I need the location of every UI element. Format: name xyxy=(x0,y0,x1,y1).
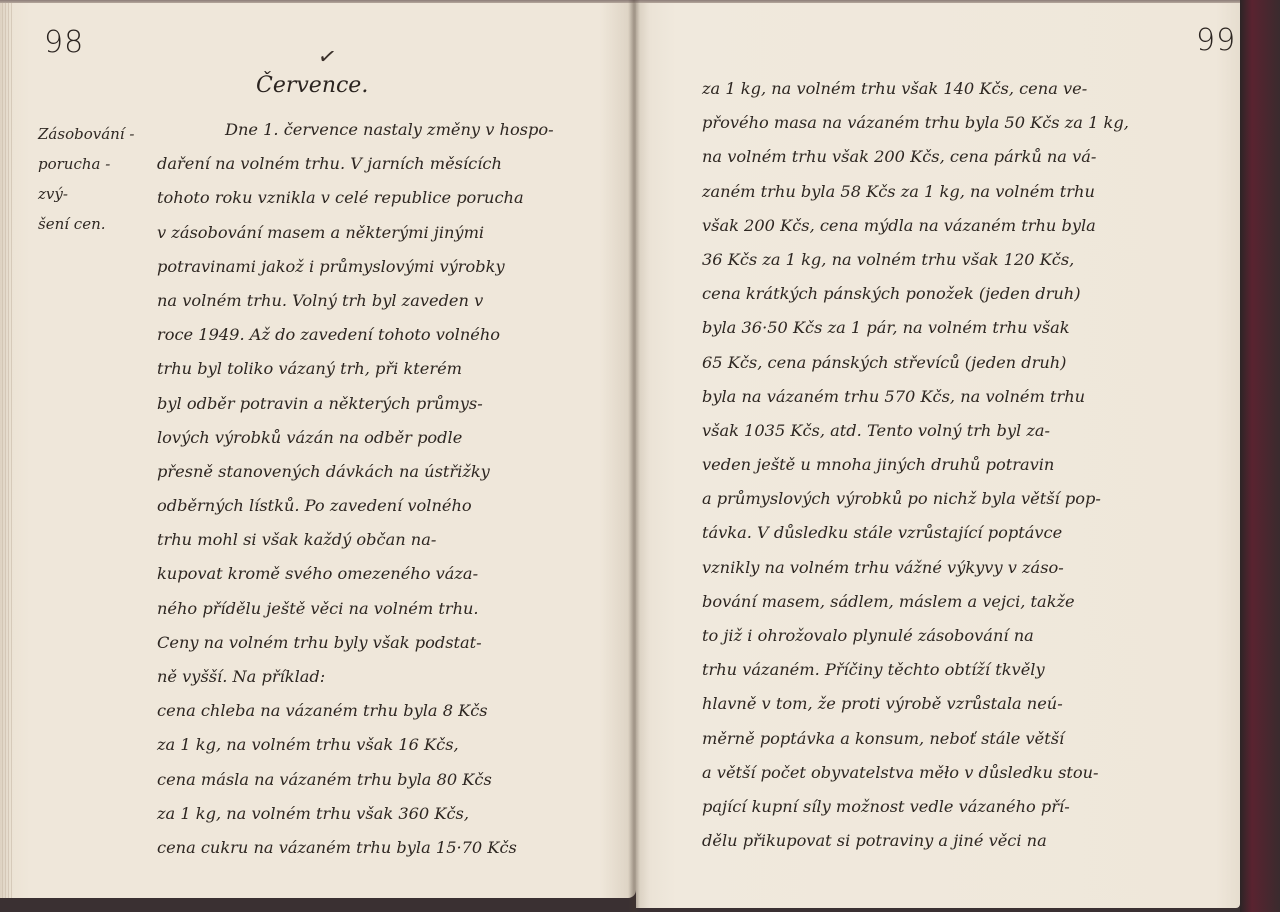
text-line: na volném trhu. Volný trh byl zaveden v xyxy=(157,284,577,318)
margin-note-line: šení cen. xyxy=(38,209,138,239)
check-mark: ✓ xyxy=(316,44,338,72)
text-line: cena másla na vázaném trhu byla 80 Kčs xyxy=(157,763,577,797)
text-line: távka. V důsledku stále vzrůstající popt… xyxy=(702,516,1132,550)
margin-note-line: porucha - zvý- xyxy=(38,149,138,209)
text-line: za 1 kg, na volném trhu však 16 Kčs, xyxy=(157,728,577,762)
text-line: a větší počet obyvatelstva měło v důsled… xyxy=(702,756,1132,790)
text-line: dělu přikupovat si potraviny a jiné věci… xyxy=(702,824,1132,858)
text-line: trhu vázaném. Příčiny těchto obtíží tkvě… xyxy=(702,653,1132,687)
text-line: vznikly na volném trhu vážné výkyvy v zá… xyxy=(702,551,1132,585)
text-line: veden ještě u mnoha jiných druhů potravi… xyxy=(702,448,1132,482)
text-line: ně vyšší. Na příklad: xyxy=(157,660,577,694)
text-line: kupovat kromě svého omezeného váza- xyxy=(157,557,577,591)
text-line: cena cukru na vázaném trhu byla 15·70 Kč… xyxy=(157,831,577,865)
right-page: 99 za 1 kg, na volném trhu však 140 Kčs,… xyxy=(636,3,1240,908)
text-line: byla na vázaném trhu 570 Kčs, na volném … xyxy=(702,380,1132,414)
text-line: za 1 kg, na volném trhu však 140 Kčs, ce… xyxy=(702,72,1132,106)
text-line: Dne 1. července nastaly změny v hospo- xyxy=(157,113,577,147)
text-line: 36 Kčs za 1 kg, na volném trhu však 120 … xyxy=(702,243,1132,277)
text-line: 65 Kčs, cena pánských střevíců (jeden dr… xyxy=(702,346,1132,380)
text-line: daření na volném trhu. V jarních měsícíc… xyxy=(157,147,577,181)
page-number: 99 xyxy=(1196,23,1236,58)
text-line: cena krátkých pánských ponožek (jeden dr… xyxy=(702,277,1132,311)
text-line: za 1 kg, na volném trhu však 360 Kčs, xyxy=(157,797,577,831)
text-line: měrně poptávka a konsum, neboť stále vět… xyxy=(702,722,1132,756)
text-line: cena chleba na vázaném trhu byla 8 Kčs xyxy=(157,694,577,728)
text-line: lových výrobků vázán na odběr podle xyxy=(157,421,577,455)
book-cover-edge xyxy=(1240,0,1280,912)
page-number: 98 xyxy=(44,25,84,60)
text-line: roce 1949. Až do zavedení tohoto volného xyxy=(157,318,577,352)
margin-note: Zásobování - porucha - zvý- šení cen. xyxy=(38,119,138,239)
text-line: pající kupní síly možnost vedle vázaného… xyxy=(702,790,1132,824)
book-spine-gutter xyxy=(628,0,640,912)
text-line: přového masa na vázaném trhu byla 50 Kčs… xyxy=(702,106,1132,140)
section-heading: Července. xyxy=(256,73,368,98)
text-line: zaném trhu byla 58 Kčs za 1 kg, na volné… xyxy=(702,175,1132,209)
left-page: 98 ✓ Července. Zásobování - porucha - zv… xyxy=(0,3,636,898)
text-line: odběrných lístků. Po zavedení volného xyxy=(157,489,577,523)
text-line: na volném trhu však 200 Kčs, cena párků … xyxy=(702,140,1132,174)
text-line: však 1035 Kčs, atd. Tento volný trh byl … xyxy=(702,414,1132,448)
text-line: tohoto roku vznikla v celé republice por… xyxy=(157,181,577,215)
text-line: ného přídělu ještě věci na volném trhu. xyxy=(157,592,577,626)
text-line: Ceny na volném trhu byly však podstat- xyxy=(157,626,577,660)
margin-note-line: Zásobování - xyxy=(38,119,138,149)
text-line: trhu mohl si však každý občan na- xyxy=(157,523,577,557)
text-line: přesně stanovených dávkách na ústřižky xyxy=(157,455,577,489)
text-line: a průmyslových výrobků po nichž byla vět… xyxy=(702,482,1132,516)
text-line: však 200 Kčs, cena mýdla na vázaném trhu… xyxy=(702,209,1132,243)
text-line: hlavně v tom, že proti výrobě vzrůstala … xyxy=(702,687,1132,721)
text-line: trhu byl toliko vázaný trh, při kterém xyxy=(157,352,577,386)
text-line: byla 36·50 Kčs za 1 pár, na volném trhu … xyxy=(702,311,1132,345)
text-line: to již i ohrožovalo plynulé zásobování n… xyxy=(702,619,1132,653)
right-page-text: za 1 kg, na volném trhu však 140 Kčs, ce… xyxy=(702,72,1132,858)
page-stack-edge xyxy=(2,3,12,898)
text-line: byl odběr potravin a některých průmys- xyxy=(157,387,577,421)
text-line: potravinami jakož i průmyslovými výrobky xyxy=(157,250,577,284)
left-page-text: Dne 1. července nastaly změny v hospo- d… xyxy=(157,113,577,865)
text-line: bování masem, sádlem, máslem a vejci, ta… xyxy=(702,585,1132,619)
text-line: v zásobování masem a některými jinými xyxy=(157,216,577,250)
